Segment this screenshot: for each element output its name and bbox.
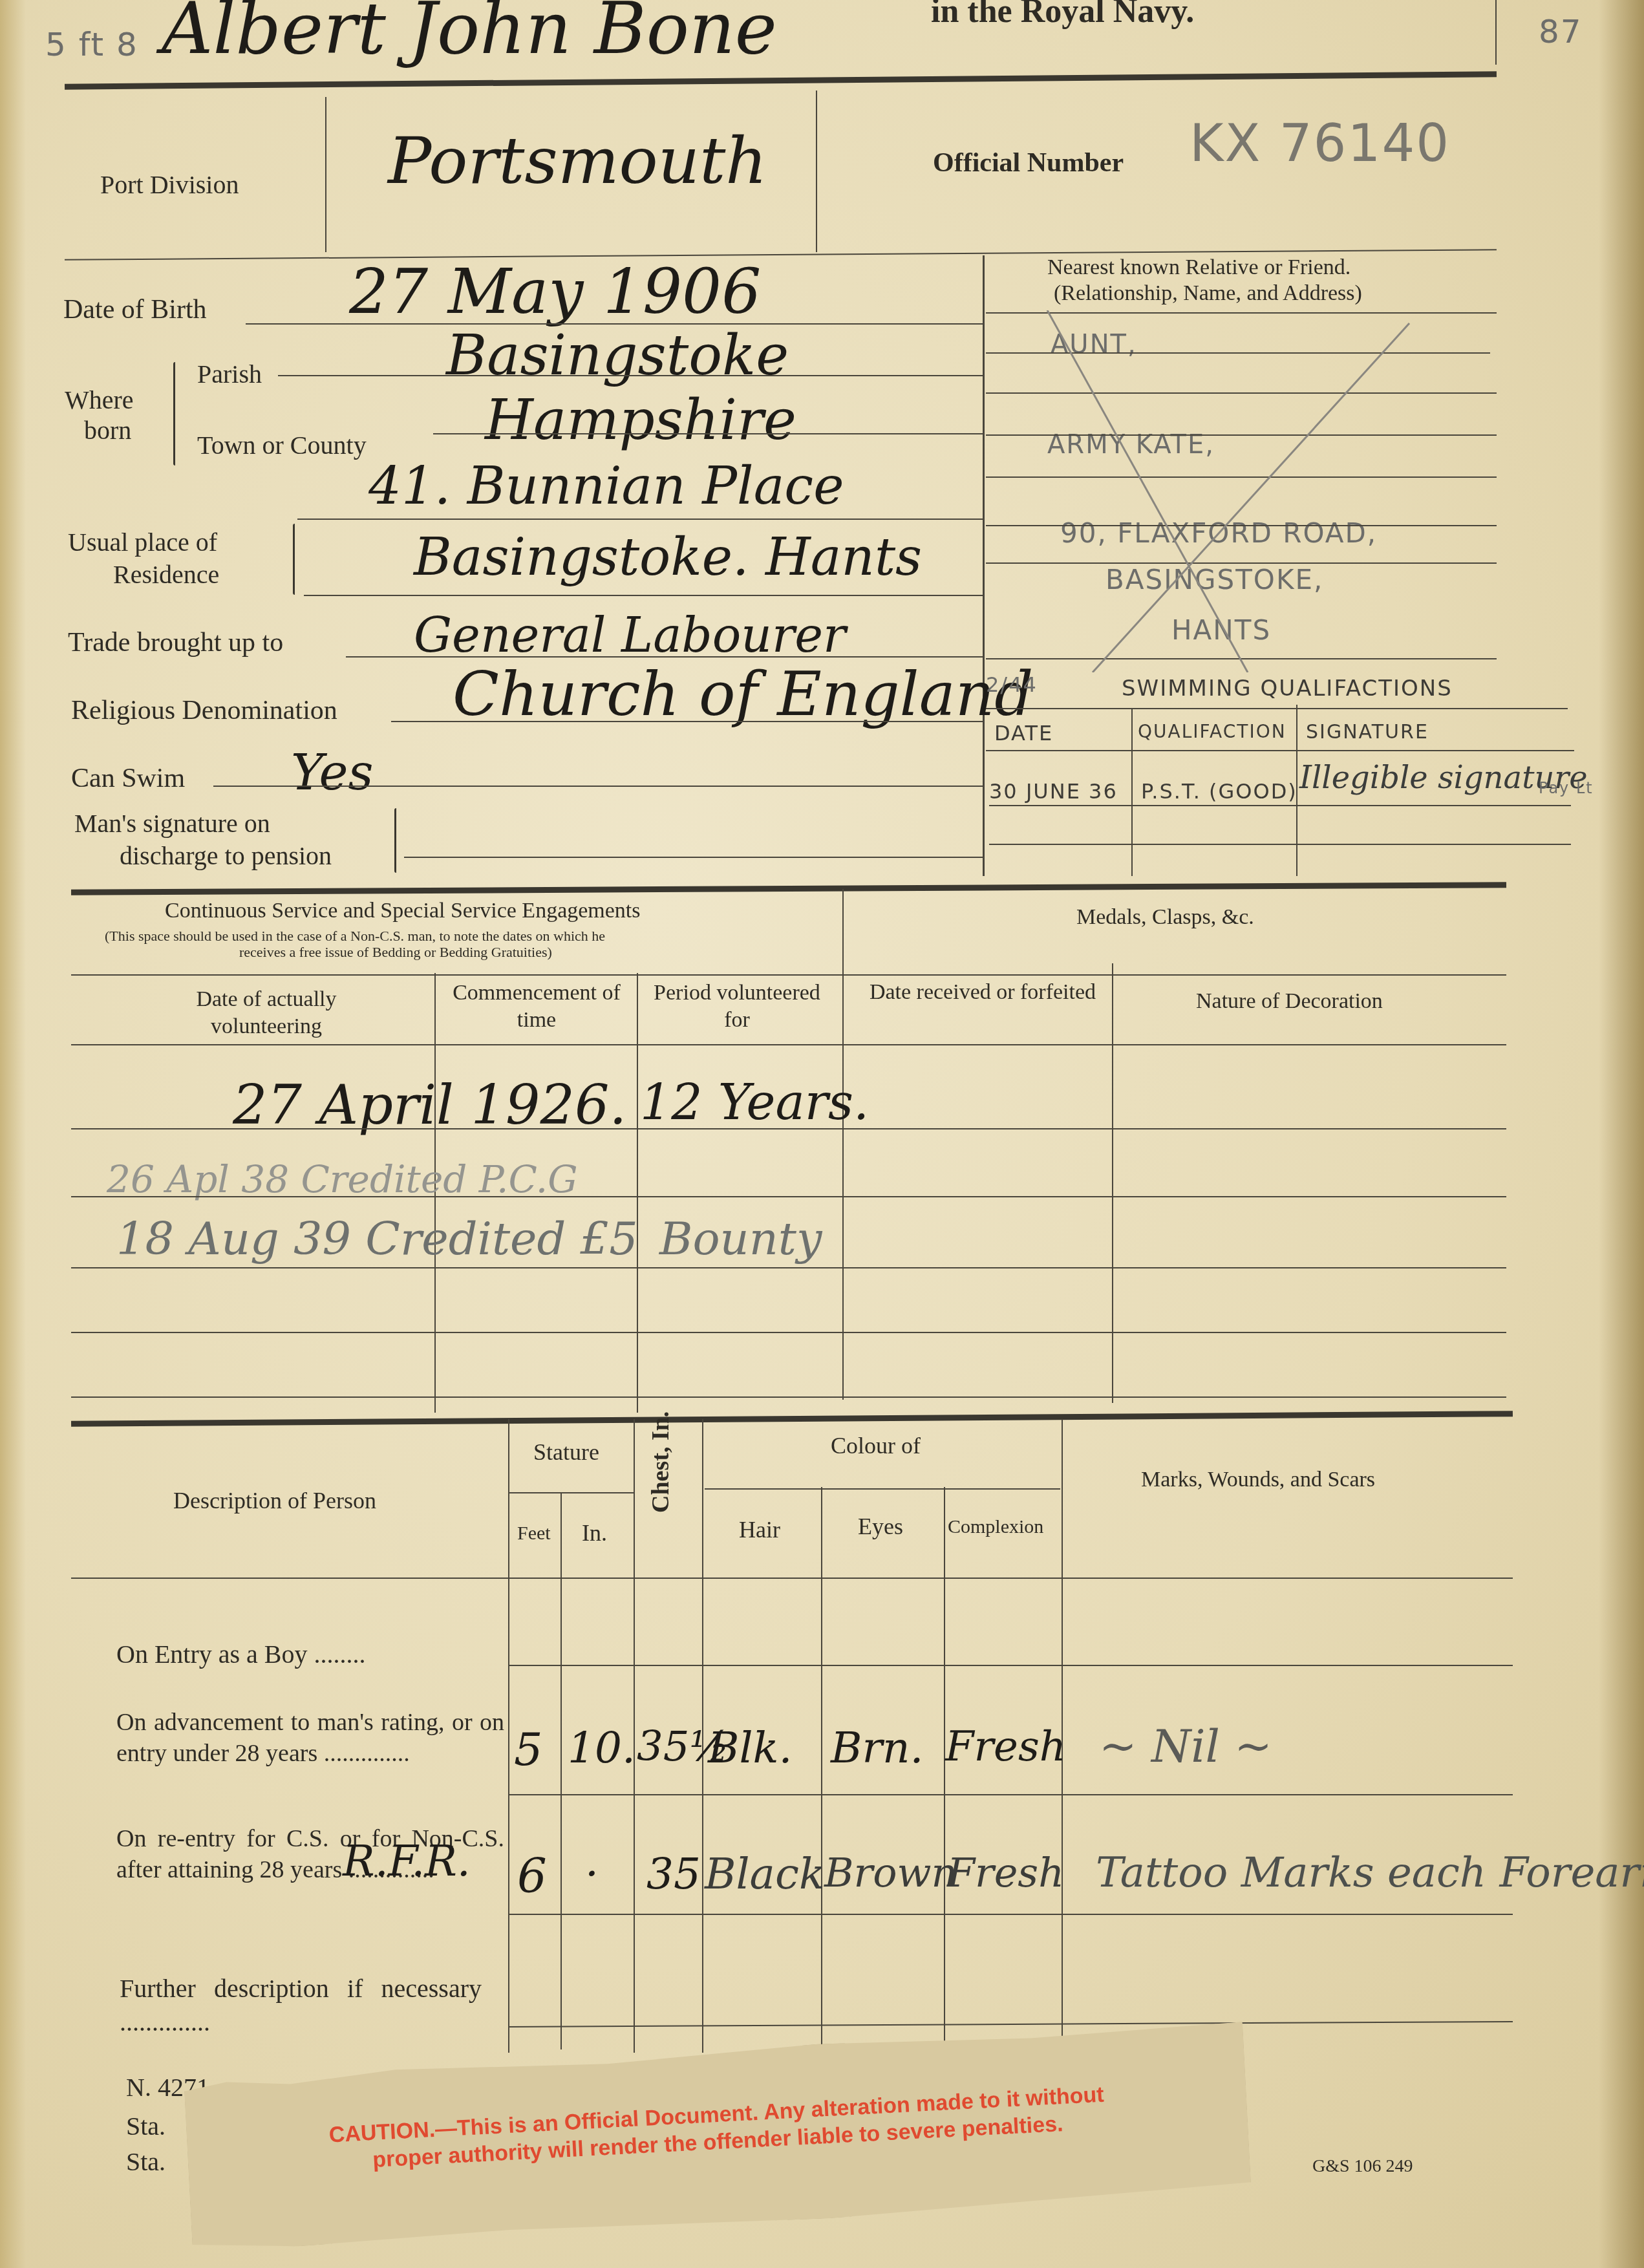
row-reentry-chest: 35 — [646, 1849, 701, 1899]
parish-label: Parish — [197, 359, 262, 389]
rule — [391, 721, 983, 722]
rule — [71, 1332, 1506, 1333]
trade-value: General Labourer — [414, 608, 846, 663]
relative-heading-1: Nearest known Relative or Friend. — [1047, 255, 1350, 280]
swimming-col-qualification: QUALIFACTION — [1138, 721, 1286, 742]
engagements-subtitle-2: receives a free issue of Bedding or Bedd… — [239, 944, 552, 961]
official-number-label: Official Number — [933, 147, 1124, 178]
header-rule — [65, 71, 1497, 89]
rule — [71, 1578, 1513, 1579]
row-advancement-hair: Blk. — [708, 1723, 793, 1773]
marks-label: Marks, Wounds, and Scars — [1141, 1468, 1375, 1492]
residence-line-2: Basingstoke. Hants — [414, 527, 922, 587]
where-born-brace — [173, 362, 175, 465]
discharge-brace — [394, 808, 396, 873]
discharge-signature-line — [404, 857, 983, 858]
row-advancement-complexion: Fresh — [945, 1723, 1066, 1771]
residence-label-2: Residence — [113, 559, 219, 590]
can-swim-value: Yes — [291, 744, 374, 801]
section-rule — [71, 1411, 1513, 1427]
divider — [325, 97, 326, 252]
relative-cross-out-icon — [996, 310, 1422, 672]
row-advancement-label: On advancement to man's rating, or on en… — [116, 1707, 504, 1769]
rule — [508, 1914, 1513, 1915]
row-reentry-note: R.F.R. — [343, 1836, 471, 1886]
header-divider — [1495, 0, 1497, 65]
stature-label: Stature — [533, 1439, 599, 1466]
paper-edge-left — [0, 0, 26, 2268]
engagements-title: Continuous Service and Special Service E… — [165, 899, 641, 923]
divider — [1112, 963, 1113, 1403]
rule — [989, 844, 1571, 845]
caution-label: CAUTION.—This is an Official Document. A… — [184, 2022, 1252, 2251]
rule — [989, 805, 1571, 806]
engagement-row-2: 26 Apl 38 Credited P.C.G — [107, 1157, 578, 1201]
engagement-row-3: 18 Aug 39 Credited £5 — [116, 1212, 638, 1265]
complexion-label: Complexion — [948, 1516, 1043, 1538]
corner-note-right: 87 — [1539, 13, 1583, 50]
colour-of-label: Colour of — [831, 1432, 921, 1459]
seaman-name: Albert John Bone — [162, 0, 777, 70]
rule — [304, 595, 983, 596]
description-title: Description of Person — [173, 1487, 376, 1514]
rule — [986, 750, 1574, 751]
rule — [508, 1794, 1513, 1795]
sta-1: Sta. — [126, 2111, 165, 2141]
hair-label: Hair — [739, 1516, 780, 1543]
rule — [986, 708, 1568, 709]
row-reentry-hair: Black — [705, 1849, 825, 1899]
row-entry-boy-label: On Entry as a Boy ........ — [116, 1639, 366, 1669]
rule — [71, 1128, 1506, 1129]
swimming-title: SWIMMING QUALIFACTIONS — [1122, 676, 1453, 701]
relative-heading-2: (Relationship, Name, and Address) — [1054, 281, 1362, 306]
rule — [433, 433, 983, 434]
row-advancement-eyes: Brn. — [831, 1723, 924, 1773]
residence-label-1: Usual place of — [68, 527, 217, 557]
section-rule — [71, 882, 1506, 895]
col-nature-decoration: Nature of Decoration — [1196, 989, 1383, 1014]
row-advancement-marks: ~ Nil ~ — [1099, 1720, 1272, 1773]
residence-brace — [293, 524, 295, 595]
rule — [705, 1488, 1060, 1490]
swimming-note: 2/44 — [986, 672, 1038, 697]
divider — [1131, 708, 1133, 876]
swimming-col-date: DATE — [994, 721, 1053, 745]
port-division-value: Portsmouth — [388, 123, 767, 198]
row-advancement-inches: 10. — [568, 1723, 635, 1773]
row-further-label: Further description if necessary .......… — [120, 1972, 482, 2039]
heading-royal-navy: in the Royal Navy. — [931, 0, 1194, 30]
col-commencement: Commencement of time — [449, 979, 624, 1034]
divider — [821, 1487, 822, 2049]
discharge-label-2: discharge to pension — [120, 840, 332, 871]
col-date-received: Date received or forfeited — [866, 979, 1099, 1005]
engagement-row-1-period: 12 Years. — [640, 1073, 869, 1131]
official-number-value: KX 76140 — [1190, 113, 1450, 173]
feet-label: Feet — [517, 1523, 551, 1545]
port-division-label: Port Division — [100, 169, 239, 200]
rule — [71, 1396, 1506, 1398]
rule — [71, 1267, 1506, 1268]
rule — [71, 1044, 1506, 1045]
sta-2: Sta. — [126, 2146, 165, 2177]
rule — [508, 1665, 1513, 1666]
rule — [213, 786, 983, 787]
parish-value: Basingstoke — [446, 323, 789, 388]
rule — [71, 974, 1506, 976]
corner-note-left: 5 ft 8 — [45, 26, 138, 63]
swimming-row-date: 30 JUNE 36 — [989, 779, 1118, 804]
row-reentry-inches: · — [585, 1849, 599, 1899]
rule — [346, 656, 983, 658]
trade-label: Trade brought up to — [68, 627, 283, 658]
swimming-signature-note: Pay Lt — [1539, 779, 1594, 797]
dob-label: Date of Birth — [63, 294, 207, 325]
where-born-label-2: born — [84, 415, 131, 445]
divider — [560, 1493, 562, 2049]
engagements-subtitle-1: (This space should be used in the case o… — [105, 928, 605, 945]
col-period: Period volunteered for — [650, 979, 824, 1034]
divider — [816, 91, 817, 252]
rule — [278, 375, 983, 376]
religion-value: Church of England — [453, 659, 1033, 730]
row-reentry-marks: Tattoo Marks each Forearm — [1096, 1849, 1644, 1897]
divider — [637, 973, 638, 1413]
swimming-col-signature: SIGNATURE — [1306, 721, 1429, 744]
row-reentry-feet: 6 — [517, 1849, 547, 1903]
rule — [71, 1196, 1506, 1197]
col-date-volunteering: Date of actually volunteering — [176, 986, 357, 1040]
inches-label: In. — [582, 1519, 607, 1546]
row-reentry-eyes: Brown — [824, 1849, 957, 1896]
town-county-label: Town or County — [197, 430, 367, 460]
rule — [297, 519, 983, 520]
rule — [508, 2021, 1513, 2027]
chest-label: Chest, In. — [646, 1411, 675, 1513]
personal-right-divider — [983, 255, 985, 876]
residence-line-1: 41. Bunnian Place — [368, 456, 844, 516]
engagements-medals-divider — [842, 889, 844, 1400]
row-reentry-complexion: Fresh — [947, 1849, 1064, 1896]
eyes-label: Eyes — [858, 1513, 903, 1540]
rule — [508, 1492, 634, 1493]
medals-title: Medals, Clasps, &c. — [1076, 905, 1254, 930]
discharge-label-1: Man's signature on — [74, 808, 270, 839]
engagement-row-3-period: Bounty — [659, 1212, 822, 1265]
engagement-row-1-date: 27 April 1926. — [233, 1073, 626, 1137]
paper-edge-right — [1599, 0, 1644, 2268]
can-swim-label: Can Swim — [71, 763, 185, 794]
printer-code: G&S 106 249 — [1312, 2156, 1413, 2177]
row-advancement-feet: 5 — [514, 1723, 543, 1776]
town-county-value: Hampshire — [485, 388, 796, 453]
divider — [508, 1419, 509, 2053]
dob-value: 27 May 1906 — [349, 255, 761, 328]
swimming-row-qualification: P.S.T. (GOOD) — [1141, 779, 1297, 804]
religion-label: Religious Denomination — [71, 695, 337, 726]
where-born-label-1: Where — [65, 385, 134, 415]
